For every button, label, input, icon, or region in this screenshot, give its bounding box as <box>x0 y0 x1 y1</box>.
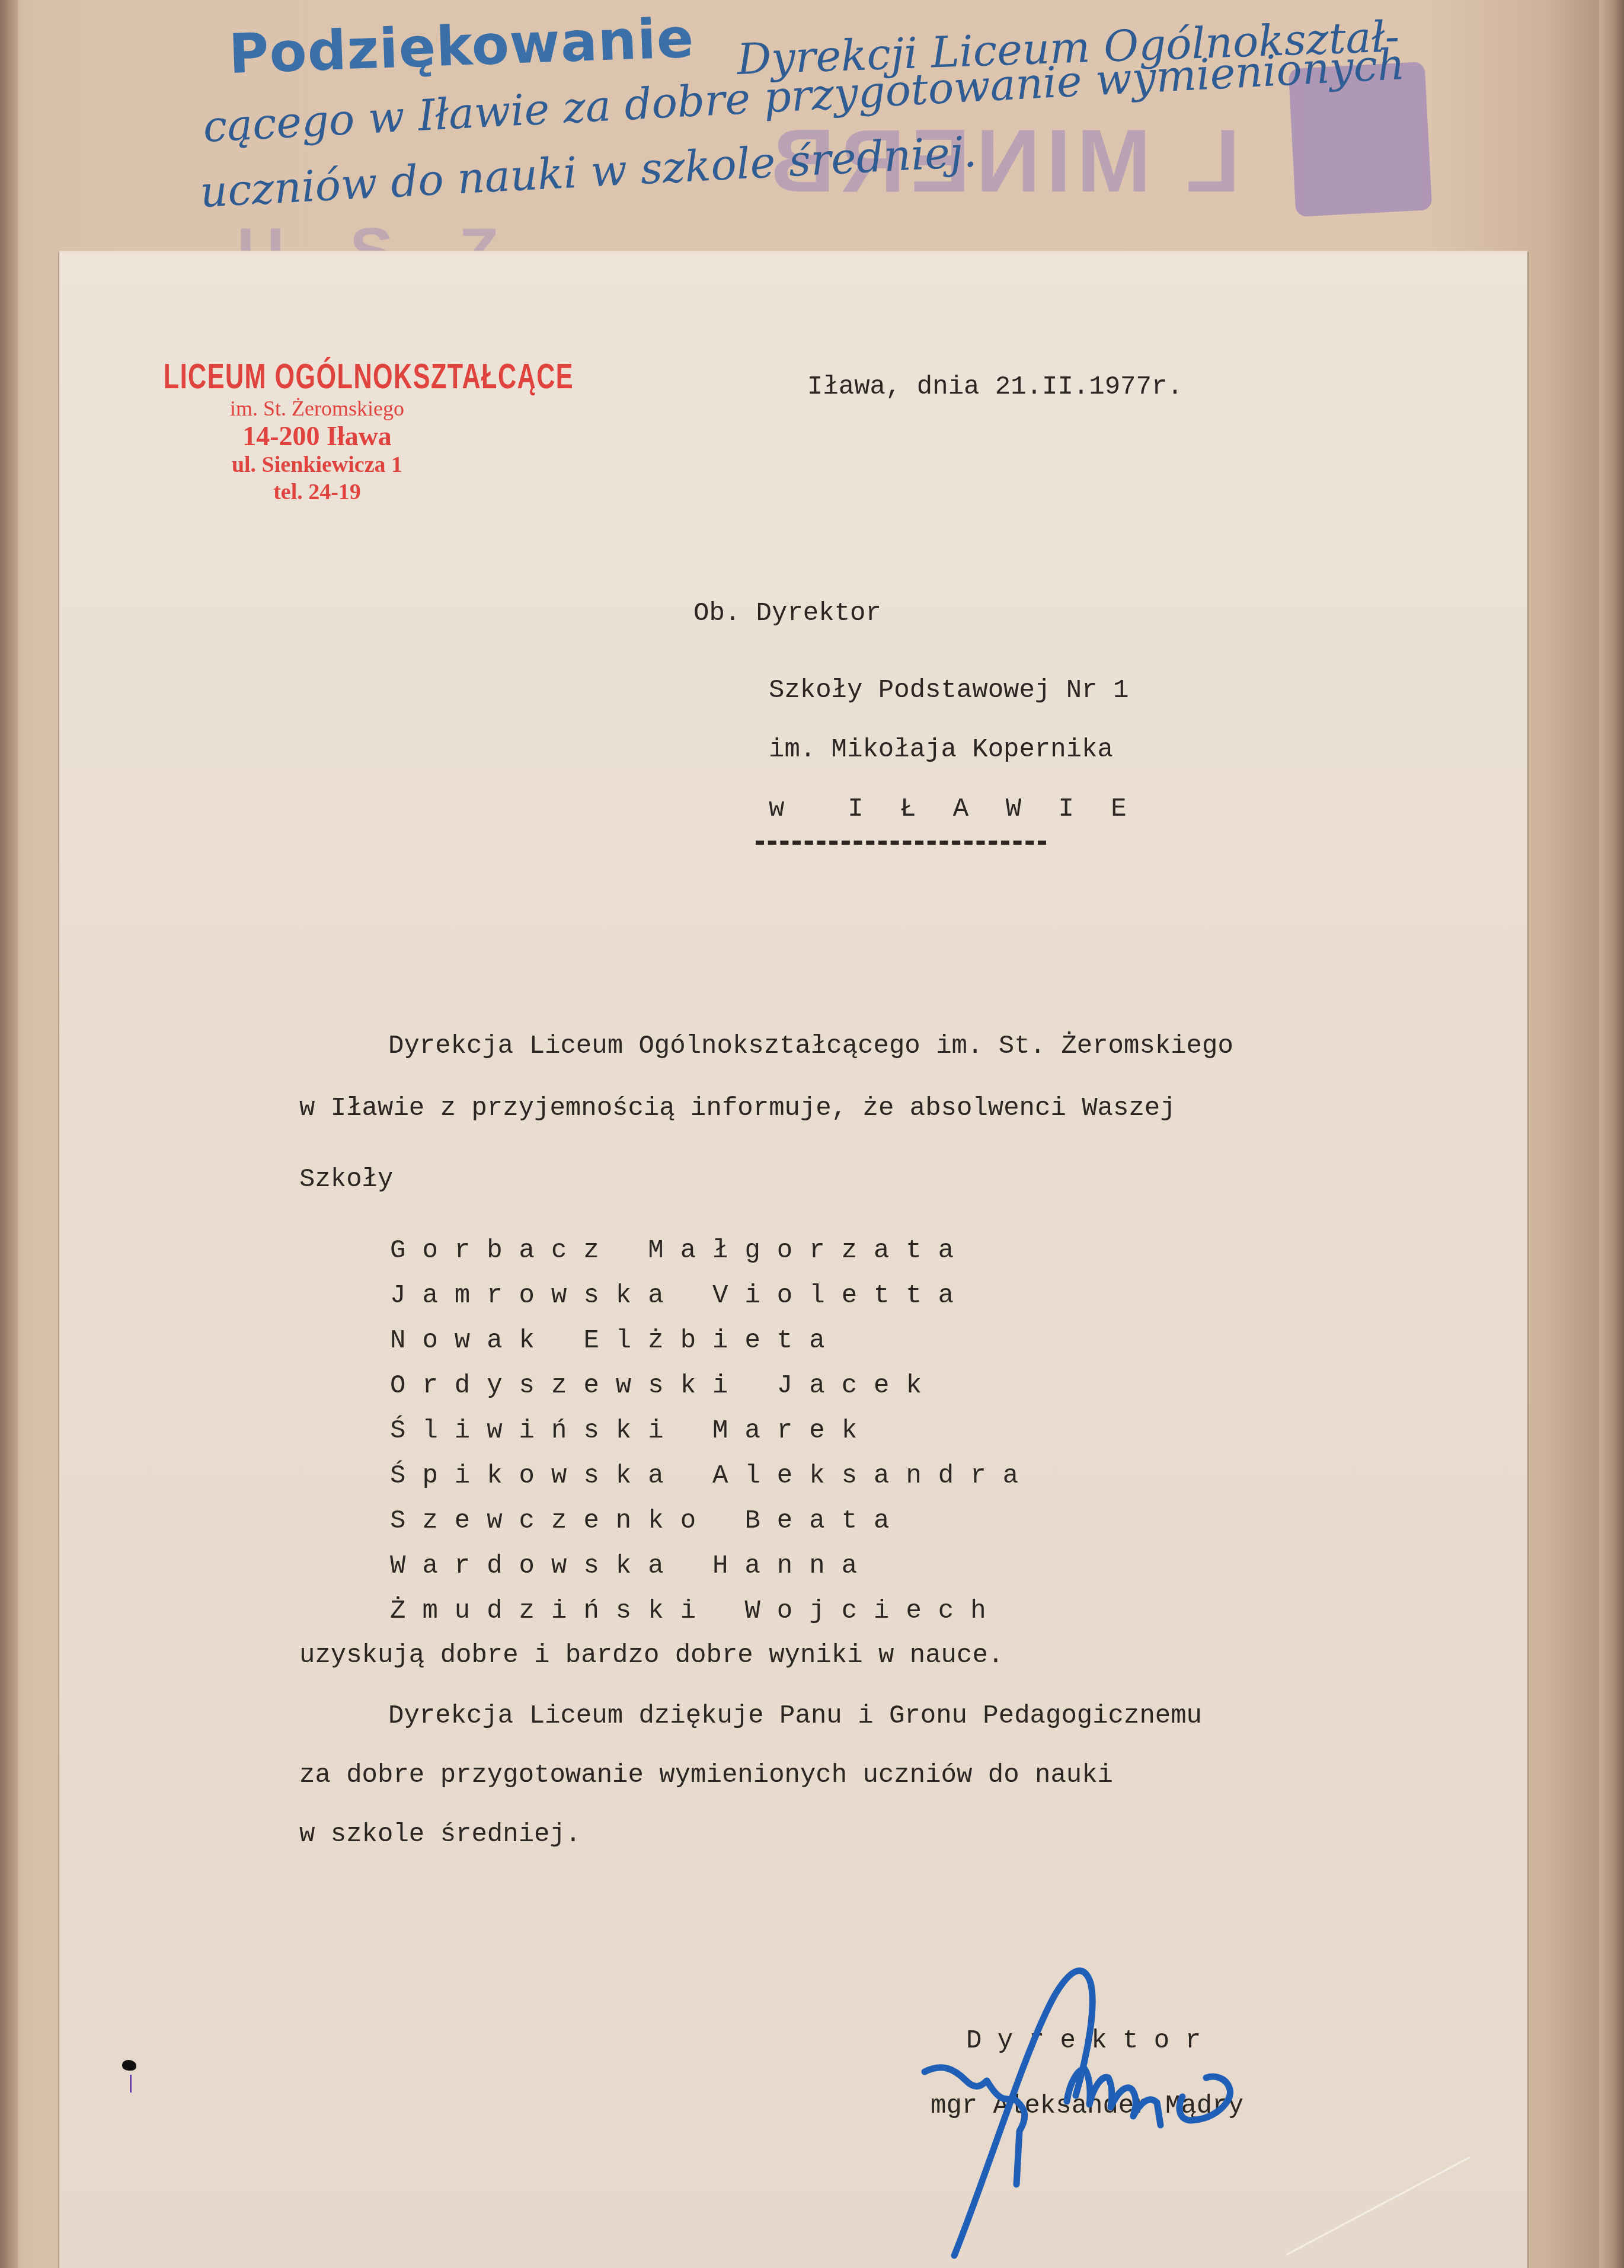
recipient-underline <box>756 841 1046 845</box>
body-para2-line2: za dobre przygotowanie wymienionych uczn… <box>299 1761 1113 1790</box>
signature-title: D y r e k t o r <box>966 2026 1201 2056</box>
student-list: Gorbacz Małgorzata Jamrowska Violetta No… <box>390 1228 1035 1634</box>
body-para2-line3: w szkole średniej. <box>299 1820 581 1849</box>
student-name: Śliwiński Marek <box>390 1408 1035 1454</box>
student-name: Gorbacz Małgorzata <box>390 1228 1035 1273</box>
body-para1-line1: Dyrekcja Liceum Ogólnokształcącego im. S… <box>388 1031 1233 1061</box>
body-para1-end: uzyskują dobre i bardzo dobre wyniki w n… <box>299 1641 1003 1670</box>
signature-name: mgr Aleksander Mądry <box>931 2091 1243 2121</box>
stamp-street: ul. Sienkiewicza 1 <box>163 453 471 476</box>
student-name: Żmudziński Wojciech <box>390 1589 1035 1634</box>
student-name: Nowak Elżbieta <box>390 1318 1035 1363</box>
recipient-salutation: Ob. Dyrektor <box>693 599 881 628</box>
school-stamp: LICEUM OGÓLNOKSZTAŁCĄCE im. St. Żeromski… <box>163 359 471 503</box>
stamp-postal-city: 14-200 Iława <box>163 423 471 450</box>
recipient-line-1: Szkoły Podstawowej Nr 1 <box>769 676 1129 705</box>
stamp-patron: im. St. Żeromskiego <box>163 398 471 419</box>
album-edge <box>1599 0 1624 2268</box>
stamp-school-name: LICEUM OGÓLNOKSZTAŁCĄCE <box>164 359 471 394</box>
student-name: Jamrowska Violetta <box>390 1273 1035 1318</box>
student-name: Śpikowska Aleksandra <box>390 1454 1035 1499</box>
stamp-phone: tel. 24-19 <box>163 481 471 503</box>
student-name: Szewczenko Beata <box>390 1499 1035 1544</box>
body-para1-line2: w Iławie z przyjemnością informuje, że a… <box>299 1094 1176 1123</box>
student-name: Wardowska Hanna <box>390 1544 1035 1589</box>
album-binding <box>0 0 18 2268</box>
student-name: Ordyszewski Jacek <box>390 1363 1035 1408</box>
body-para1-line3: Szkoły <box>299 1165 393 1194</box>
recipient-line-2: im. Mikołaja Kopernika <box>769 735 1113 765</box>
ink-mark <box>130 2075 132 2093</box>
ink-blot <box>122 2060 136 2071</box>
recipient-line-3: w I Ł A W I E <box>769 794 1137 824</box>
date-line: Iława, dnia 21.II.1977r. <box>807 372 1183 402</box>
body-para2-line1: Dyrekcja Liceum dziękuje Panu i Gronu Pe… <box>388 1701 1202 1731</box>
